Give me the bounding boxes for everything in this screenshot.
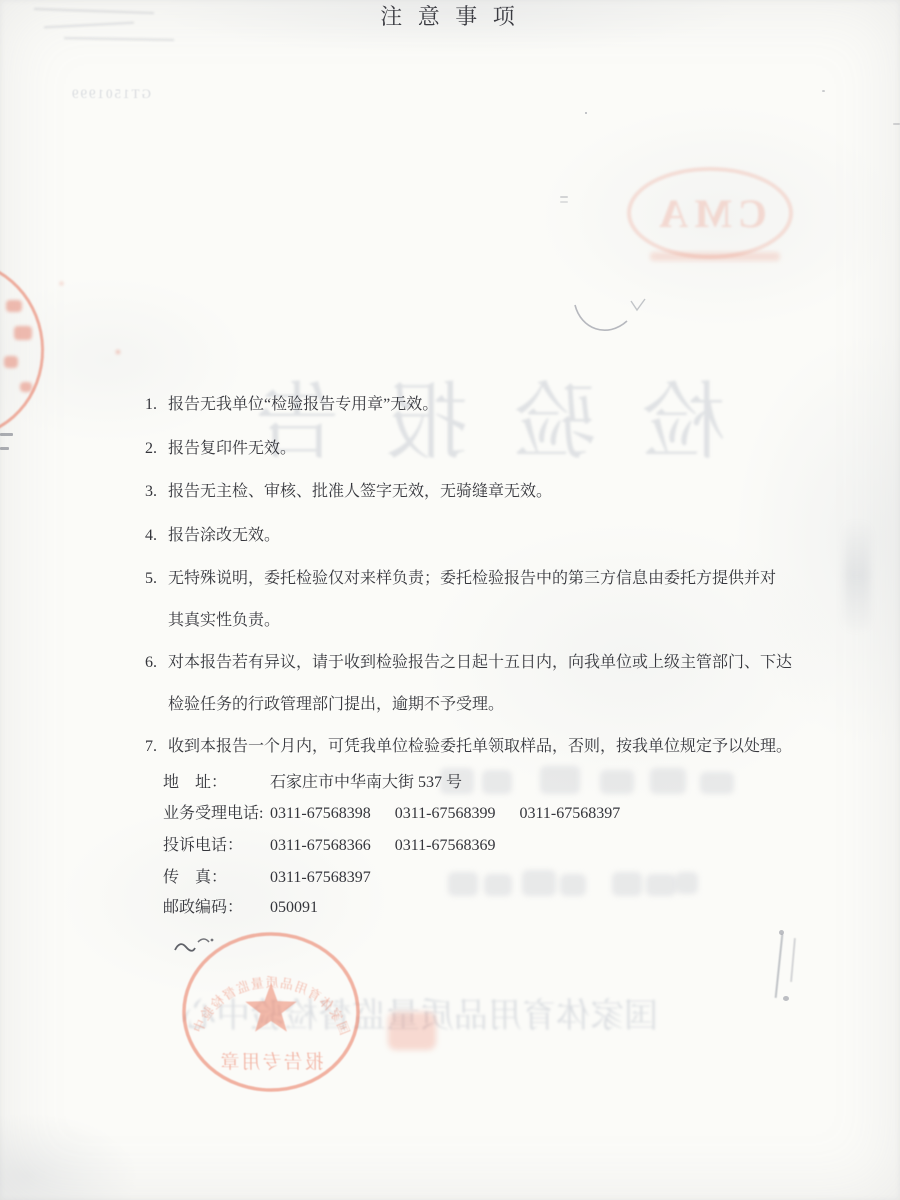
edge-dash bbox=[893, 123, 900, 125]
cma-logo-subtext-smudge bbox=[650, 252, 780, 261]
notice-item-5: 5.无特殊说明，委托检验仅对来样负责；委托检验报告中的第三方信息由委托方提供并对 bbox=[145, 568, 845, 590]
stamp-bottom-text: 报告专用章 bbox=[218, 1051, 323, 1073]
item-text: 收到本报告一个月内，可凭我单位检验委托单领取样品，否则，按我单位规定予以处理。 bbox=[168, 738, 792, 755]
red-ink-smudge bbox=[388, 1012, 436, 1050]
contact-value: 0311-67568366 bbox=[270, 837, 371, 854]
contact-label: 投诉电话： bbox=[163, 835, 270, 857]
contact-row-business-phone: 业务受理电话:0311-675683980311-675683990311-67… bbox=[163, 803, 823, 825]
item-text: 报告涂改无效。 bbox=[168, 527, 280, 544]
contact-value: 石家庄市中华南大街 537 号 bbox=[270, 774, 462, 791]
item-text: 报告无我单位“检验报告专用章”无效。 bbox=[168, 396, 438, 413]
contact-label: 传 真： bbox=[163, 867, 270, 889]
notice-item-6: 6.对本报告若有异议，请于收到检验报告之日起十五日内，向我单位或上级主管部门、下… bbox=[145, 652, 845, 674]
pencil-mark-icon bbox=[565, 293, 655, 343]
contact-value: 0311-67568397 bbox=[519, 805, 620, 822]
item-number: 2. bbox=[145, 438, 168, 460]
contact-value: 0311-67568399 bbox=[395, 805, 496, 822]
contact-value: 0311-67568369 bbox=[395, 837, 496, 854]
pen-squiggle-icon bbox=[172, 934, 218, 958]
notice-item-1: 1.报告无我单位“检验报告专用章”无效。 bbox=[145, 394, 845, 416]
vertical-mark-1 bbox=[775, 934, 784, 998]
notice-item-5-cont: 其真实性负责。 bbox=[168, 610, 848, 632]
item-number: 1. bbox=[145, 394, 168, 416]
gray-streak bbox=[844, 520, 870, 630]
cma-logo-icon: CMA bbox=[627, 167, 793, 259]
cma-logo-text: CMA bbox=[653, 190, 767, 237]
contact-row-fax: 传 真：0311-67568397 bbox=[163, 867, 823, 889]
contact-label: 业务受理电话: bbox=[163, 803, 270, 825]
item-text: 报告复印件无效。 bbox=[168, 440, 296, 457]
notice-item-3: 3.报告无主检、审核、批准人签字无效，无骑缝章无效。 bbox=[145, 481, 845, 503]
item-number: 3. bbox=[145, 481, 168, 503]
notice-item-4: 4.报告涂改无效。 bbox=[145, 525, 845, 547]
contact-row-address: 地 址：石家庄市中华南大街 537 号 bbox=[163, 772, 823, 794]
speck bbox=[822, 90, 825, 92]
item-number: 7. bbox=[145, 736, 168, 758]
contact-row-postcode: 邮政编码：050091 bbox=[163, 897, 823, 919]
notice-item-6-cont: 检验任务的行政管理部门提出，逾期不予受理。 bbox=[168, 694, 848, 716]
speck bbox=[783, 996, 789, 1001]
page-title: 注 意 事 项 bbox=[0, 0, 900, 31]
speck bbox=[779, 930, 784, 935]
contact-value: 050091 bbox=[270, 899, 318, 916]
notice-item-7: 7.收到本报告一个月内，可凭我单位检验委托单领取样品，否则，按我单位规定予以处理… bbox=[145, 736, 845, 758]
item-number: 4. bbox=[145, 525, 168, 547]
item-number: 5. bbox=[145, 568, 168, 590]
item-text: 无特殊说明，委托检验仅对来样负责；委托检验报告中的第三方信息由委托方提供并对 bbox=[168, 570, 776, 587]
contact-label: 邮政编码： bbox=[163, 897, 270, 919]
speck bbox=[585, 112, 587, 114]
bleedthrough-report-number: GT1501999 bbox=[70, 86, 151, 102]
vertical-mark-2 bbox=[790, 938, 796, 982]
scanned-notice-page: GT1501999 CMA 检验报告 国家体育用品质量监督检验中心 注 意 事 … bbox=[0, 0, 900, 1200]
edge-dash bbox=[0, 433, 13, 436]
item-text: 报告无主检、审核、批准人签字无效，无骑缝章无效。 bbox=[168, 483, 552, 500]
contact-label: 地 址： bbox=[163, 772, 270, 794]
item-number: 6. bbox=[145, 652, 168, 674]
edge-dash bbox=[0, 447, 9, 450]
notice-item-2: 2.报告复印件无效。 bbox=[145, 438, 845, 460]
item-text: 对本报告若有异议，请于收到检验报告之日起十五日内，向我单位或上级主管部门、下达 bbox=[168, 654, 792, 671]
edge-seal-stamp-icon bbox=[0, 252, 53, 446]
contact-value: 0311-67568398 bbox=[270, 805, 371, 822]
contact-row-complaint-phone: 投诉电话：0311-675683660311-67568369 bbox=[163, 835, 823, 857]
contact-value: 0311-67568397 bbox=[270, 869, 371, 886]
equals-mark bbox=[560, 196, 568, 198]
